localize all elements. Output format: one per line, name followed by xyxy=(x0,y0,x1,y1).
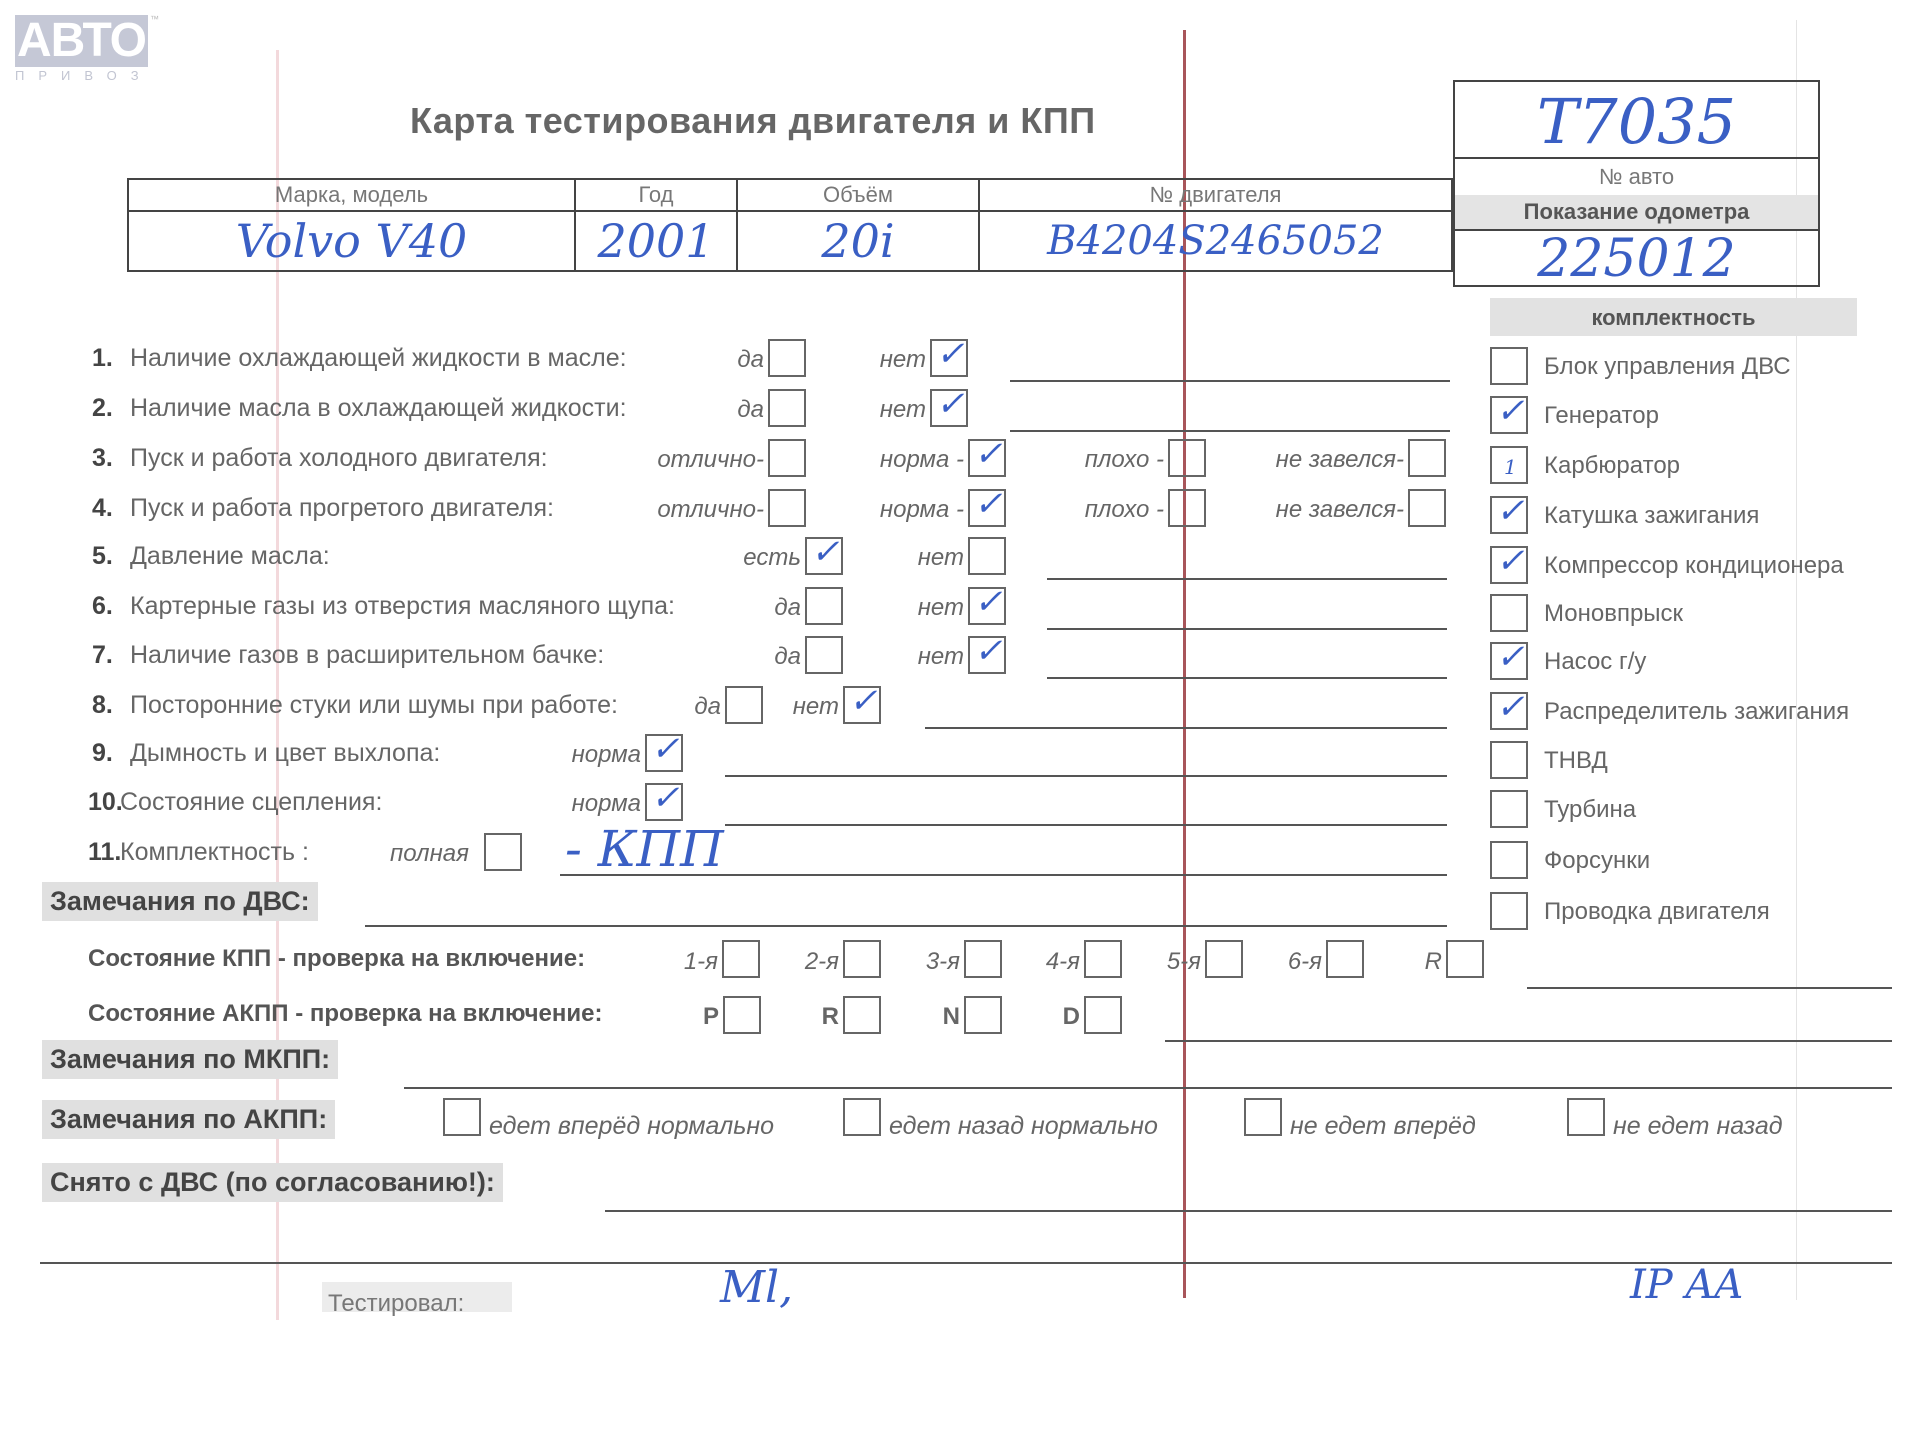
check-mark-icon: ✓ xyxy=(1496,542,1525,580)
option-checkbox[interactable] xyxy=(1408,439,1446,477)
completeness-header: комплектность xyxy=(1490,298,1857,336)
item-label: Давление масла: xyxy=(130,542,330,571)
vehicle-info-table: Марка, модель Год Объём № двигателя Volv… xyxy=(127,178,1453,272)
gear-checkbox[interactable] xyxy=(1446,940,1484,978)
option-label: да xyxy=(737,396,764,424)
completeness-note[interactable]: - КПП xyxy=(565,820,724,878)
completeness-item-label: Компрессор кондиционера xyxy=(1544,552,1844,580)
completeness-item-label: ТНВД xyxy=(1544,747,1608,775)
manual-remarks-label: Замечания по МКПП: xyxy=(42,1040,338,1079)
option-label: нет xyxy=(880,396,926,424)
completeness-checkbox[interactable] xyxy=(1490,790,1528,828)
logo-subtitle: ПРИВОЗ xyxy=(15,68,153,83)
auto-gearbox-label: Состояние АКПП - проверка на включение: xyxy=(88,1000,602,1028)
removed-label: Снято с ДВС (по согласованию!): xyxy=(42,1163,503,1202)
remark-line[interactable] xyxy=(925,727,1447,729)
tester-signature-2: IP AA xyxy=(1630,1262,1743,1308)
odometer-label: Показание одометра xyxy=(1455,195,1818,231)
completeness-item-label: Блок управления ДВС xyxy=(1544,353,1791,381)
option-label: норма - xyxy=(880,446,964,474)
completeness-checkbox[interactable]: ✓ xyxy=(1490,496,1528,534)
gear-label: 5-я xyxy=(1167,948,1201,976)
manual-remarks-line[interactable] xyxy=(404,1087,1892,1089)
option-label: полная xyxy=(390,840,469,868)
auto-gearbox-line[interactable] xyxy=(1165,1040,1892,1042)
gear-checkbox[interactable] xyxy=(722,940,760,978)
check-mark-icon: ✓ xyxy=(974,435,1003,473)
odometer-value[interactable]: 225012 xyxy=(1455,229,1818,287)
car-number-label: № авто xyxy=(1455,157,1818,197)
completeness-checkbox[interactable]: ✓ xyxy=(1490,396,1528,434)
header-engine-number: № двигателя xyxy=(979,179,1452,211)
item-number: 7. xyxy=(92,641,113,670)
tested-by-label: Тестировал: xyxy=(328,1290,464,1318)
item-number: 11. xyxy=(88,838,121,867)
option-checkbox[interactable] xyxy=(805,587,843,625)
option-checkbox[interactable]: ✓ xyxy=(930,389,968,427)
header-make-model: Марка, модель xyxy=(128,179,575,211)
remark-line[interactable] xyxy=(725,824,1447,826)
remark-line[interactable] xyxy=(725,775,1447,777)
option-label: отлично- xyxy=(657,496,764,524)
option-checkbox[interactable] xyxy=(1408,489,1446,527)
gear-checkbox[interactable] xyxy=(723,996,761,1034)
option-label: нет xyxy=(918,643,964,671)
auto-remark-checkbox[interactable] xyxy=(443,1098,481,1136)
completeness-checkbox[interactable] xyxy=(1490,741,1528,779)
item-number: 10. xyxy=(88,788,123,817)
gear-checkbox[interactable] xyxy=(843,996,881,1034)
option-checkbox[interactable]: ✓ xyxy=(843,686,881,724)
remark-line[interactable] xyxy=(1047,677,1447,679)
check-mark-icon: 1 xyxy=(1504,448,1517,486)
option-label: есть xyxy=(743,544,801,572)
car-number-value[interactable]: T7035 xyxy=(1455,82,1818,159)
auto-remark-checkbox[interactable] xyxy=(1567,1098,1605,1136)
item-label: Посторонние стуки или шумы при работе: xyxy=(130,691,618,720)
completeness-item-label: Насос г/у xyxy=(1544,648,1646,676)
item-label: Пуск и работа холодного двигателя: xyxy=(130,444,548,473)
completeness-item-label: Генератор xyxy=(1544,402,1659,430)
option-label: да xyxy=(774,594,801,622)
option-checkbox[interactable] xyxy=(484,833,522,871)
option-label: отлично- xyxy=(657,446,764,474)
year-value[interactable]: 2001 xyxy=(575,211,737,271)
option-label: да xyxy=(737,346,764,374)
item-number: 4. xyxy=(92,494,113,523)
option-checkbox[interactable] xyxy=(768,389,806,427)
gear-checkbox[interactable] xyxy=(1205,940,1243,978)
option-checkbox[interactable] xyxy=(968,537,1006,575)
item-number: 2. xyxy=(92,394,113,423)
completeness-item-label: Карбюратор xyxy=(1544,452,1680,480)
completeness-item-label: Форсунки xyxy=(1544,847,1650,875)
remark-line[interactable] xyxy=(1047,628,1447,630)
option-label: не завелся- xyxy=(1276,496,1404,524)
check-mark-icon: ✓ xyxy=(974,485,1003,523)
check-mark-icon: ✓ xyxy=(849,682,878,720)
auto-remark-label: не едет назад xyxy=(1613,1112,1783,1141)
option-checkbox[interactable] xyxy=(1168,489,1206,527)
gear-label: R xyxy=(822,1003,839,1031)
engine-number-value[interactable]: B4204S2465052 xyxy=(979,211,1452,271)
option-label: норма xyxy=(572,790,641,818)
option-checkbox[interactable] xyxy=(725,686,763,724)
option-label: плохо - xyxy=(1085,446,1164,474)
option-label: норма xyxy=(572,741,641,769)
option-checkbox[interactable]: ✓ xyxy=(645,734,683,772)
check-mark-icon: ✓ xyxy=(936,385,965,423)
completeness-checkbox[interactable]: 1 xyxy=(1490,446,1528,484)
removed-line[interactable] xyxy=(605,1210,1892,1212)
completeness-checkbox[interactable] xyxy=(1490,594,1528,632)
completeness-item-label: Катушка зажигания xyxy=(1544,502,1759,530)
option-label: нет xyxy=(880,346,926,374)
remark-line[interactable] xyxy=(1010,380,1450,382)
completeness-checkbox[interactable] xyxy=(1490,892,1528,930)
check-mark-icon: ✓ xyxy=(811,533,840,571)
auto-remark-checkbox[interactable] xyxy=(843,1098,881,1136)
item-label: Пуск и работа прогретого двигателя: xyxy=(130,494,554,523)
header-year: Год xyxy=(575,179,737,211)
logo-trademark: ™ xyxy=(150,14,159,24)
check-mark-icon: ✓ xyxy=(936,335,965,373)
gear-checkbox[interactable] xyxy=(1084,996,1122,1034)
remark-line[interactable] xyxy=(1010,430,1450,432)
gear-label: 1-я xyxy=(684,948,718,976)
item-label: Наличие охлаждающей жидкости в масле: xyxy=(130,344,627,373)
completeness-checkbox[interactable] xyxy=(1490,347,1528,385)
make-model-value[interactable]: Volvo V40 xyxy=(128,211,575,271)
gear-label: R xyxy=(1425,948,1442,976)
gear-checkbox[interactable] xyxy=(964,940,1002,978)
check-mark-icon: ✓ xyxy=(974,583,1003,621)
option-label: нет xyxy=(793,693,839,721)
gear-label: P xyxy=(703,1003,719,1031)
option-checkbox[interactable] xyxy=(768,339,806,377)
option-checkbox[interactable]: ✓ xyxy=(968,587,1006,625)
engine-remarks-label: Замечания по ДВС: xyxy=(42,882,318,921)
option-checkbox[interactable]: ✓ xyxy=(930,339,968,377)
completeness-checkbox[interactable]: ✓ xyxy=(1490,692,1528,730)
completeness-item-label: Турбина xyxy=(1544,796,1636,824)
check-mark-icon: ✓ xyxy=(1496,688,1525,726)
logo: АВТО xyxy=(15,15,148,67)
auto-remark-label: едет вперёд нормально xyxy=(489,1112,774,1141)
manual-gearbox-label: Состояние КПП - проверка на включение: xyxy=(88,945,585,973)
gear-checkbox[interactable] xyxy=(1084,940,1122,978)
gear-label: N xyxy=(943,1003,960,1031)
check-mark-icon: ✓ xyxy=(974,632,1003,670)
option-label: нет xyxy=(918,594,964,622)
item-number: 6. xyxy=(92,592,113,621)
option-label: да xyxy=(774,643,801,671)
auto-remarks-label: Замечания по АКПП: xyxy=(42,1100,335,1139)
completeness-item-label: Проводка двигателя xyxy=(1544,898,1770,926)
gear-checkbox[interactable] xyxy=(1326,940,1364,978)
remark-line[interactable] xyxy=(1047,578,1447,580)
auto-remark-label: едет назад нормально xyxy=(889,1112,1158,1141)
engine-remarks-line[interactable] xyxy=(365,925,1447,927)
option-checkbox[interactable]: ✓ xyxy=(805,537,843,575)
gear-label: D xyxy=(1063,1003,1080,1031)
volume-value[interactable]: 20i xyxy=(737,211,979,271)
tester-signature: Ml, xyxy=(720,1262,793,1313)
gear-checkbox[interactable] xyxy=(964,996,1002,1034)
check-mark-icon: ✓ xyxy=(1496,638,1525,676)
car-number-odometer-box: T7035 № авто Показание одометра 225012 xyxy=(1453,80,1820,287)
option-checkbox[interactable] xyxy=(1168,439,1206,477)
header-volume: Объём xyxy=(737,179,979,211)
option-checkbox[interactable]: ✓ xyxy=(645,783,683,821)
item-label: Состояние сцепления: xyxy=(120,788,382,817)
item-label: Комплектность : xyxy=(120,838,309,867)
check-mark-icon: ✓ xyxy=(651,779,680,817)
option-checkbox[interactable]: ✓ xyxy=(968,489,1006,527)
check-mark-icon: ✓ xyxy=(1496,392,1525,430)
auto-remark-checkbox[interactable] xyxy=(1244,1098,1282,1136)
option-label: норма - xyxy=(880,496,964,524)
item-label: Картерные газы из отверстия масляного щу… xyxy=(130,592,675,621)
completeness-checkbox[interactable]: ✓ xyxy=(1490,642,1528,680)
option-label: нет xyxy=(918,544,964,572)
check-mark-icon: ✓ xyxy=(651,730,680,768)
gear-label: 6-я xyxy=(1288,948,1322,976)
gear-label: 3-я xyxy=(926,948,960,976)
option-checkbox[interactable] xyxy=(805,636,843,674)
gear-label: 4-я xyxy=(1046,948,1080,976)
option-label: да xyxy=(694,693,721,721)
item-label: Дымность и цвет выхлопа: xyxy=(130,739,440,768)
manual-gearbox-line[interactable] xyxy=(1527,987,1892,989)
check-mark-icon: ✓ xyxy=(1496,492,1525,530)
gear-label: 2-я xyxy=(805,948,839,976)
completeness-checkbox[interactable] xyxy=(1490,841,1528,879)
item-number: 3. xyxy=(92,444,113,473)
item-number: 9. xyxy=(92,739,113,768)
removed-line-2[interactable] xyxy=(40,1262,1892,1264)
item-label: Наличие газов в расширительном бачке: xyxy=(130,641,604,670)
completeness-item-label: Распределитель зажигания xyxy=(1544,698,1849,726)
gear-checkbox[interactable] xyxy=(843,940,881,978)
option-checkbox[interactable] xyxy=(768,439,806,477)
option-label: не завелся- xyxy=(1276,446,1404,474)
item-number: 1. xyxy=(92,344,113,373)
option-label: плохо - xyxy=(1085,496,1164,524)
completeness-checkbox[interactable]: ✓ xyxy=(1490,546,1528,584)
item-number: 8. xyxy=(92,691,113,720)
item-number: 5. xyxy=(92,542,113,571)
completeness-item-label: Моновпрыск xyxy=(1544,600,1683,628)
page-title: Карта тестирования двигателя и КПП xyxy=(410,100,1096,142)
item-label: Наличие масла в охлаждающей жидкости: xyxy=(130,394,627,423)
option-checkbox[interactable] xyxy=(768,489,806,527)
option-checkbox[interactable]: ✓ xyxy=(968,439,1006,477)
option-checkbox[interactable]: ✓ xyxy=(968,636,1006,674)
auto-remark-label: не едет вперёд xyxy=(1290,1112,1476,1141)
